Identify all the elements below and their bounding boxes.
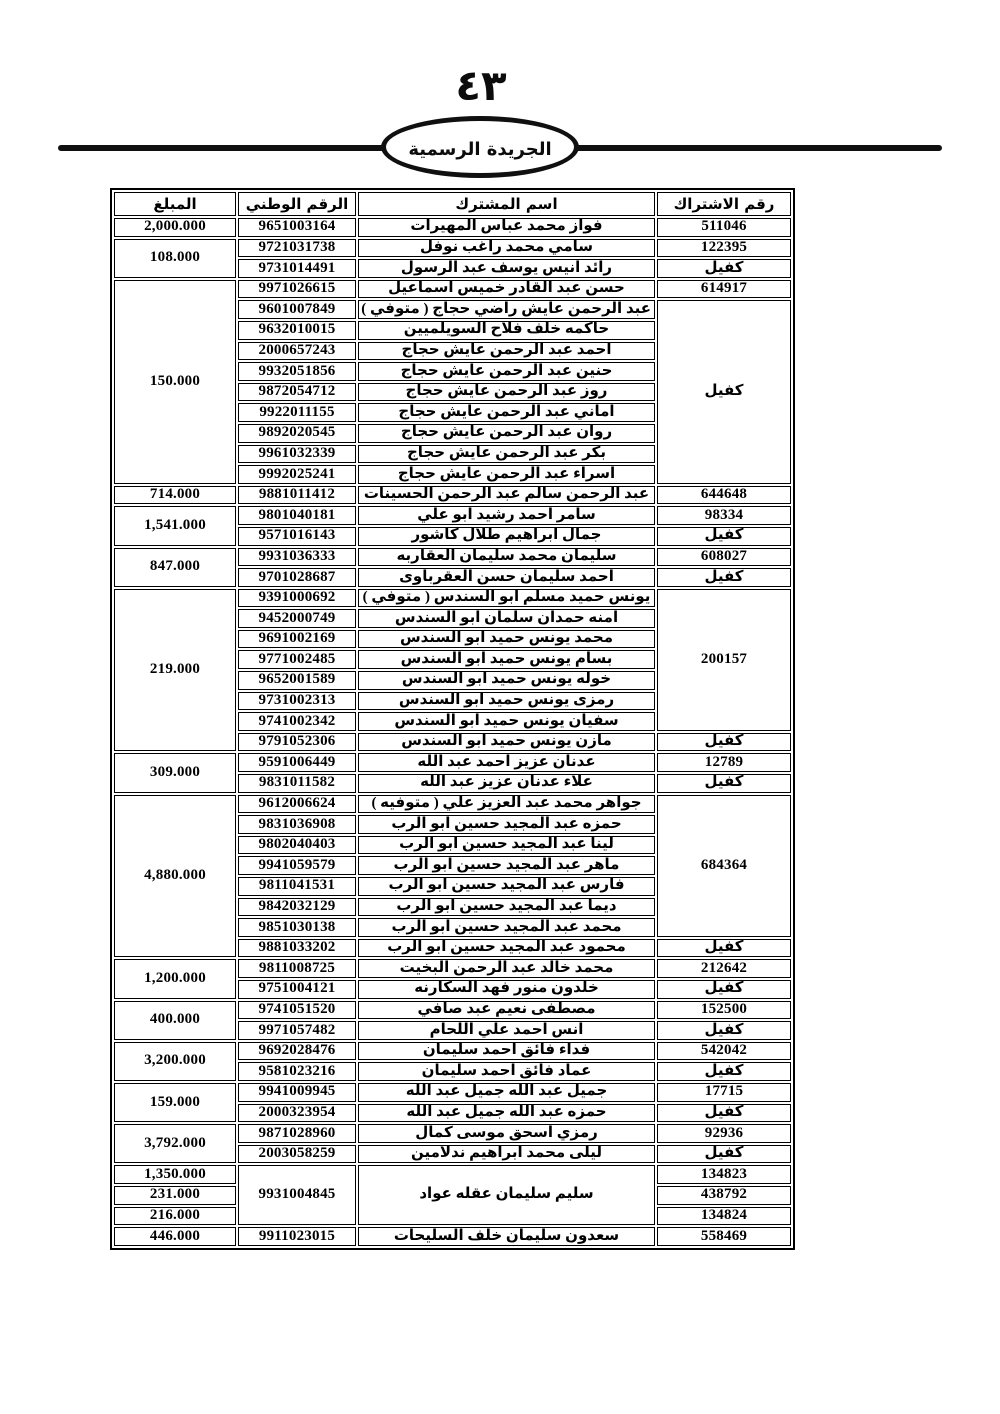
table-body: 511046فواز محمد عباس المهيرات96510031642… <box>114 218 791 1246</box>
cell-name: بكر عبد الرحمن عايش حجاج <box>358 445 655 464</box>
cell-national: 9811008725 <box>238 959 356 978</box>
cell-name: ديما عبد المجيد حسين ابو الرب <box>358 898 655 917</box>
cell-national: 9911023015 <box>238 1227 356 1246</box>
cell-national: 9871028960 <box>238 1124 356 1143</box>
cell-name: خلدون منور فهد السكارنه <box>358 980 655 999</box>
cell-name: عبد الرحمن سالم عبد الرحمن الحسينات <box>358 486 655 505</box>
cell-subscription: 12789 <box>657 753 791 772</box>
cell-name: احمد سليمان حسن العقرباوى <box>358 568 655 587</box>
cell-amount: 847.000 <box>114 548 236 587</box>
cell-name: جواهر محمد عبد العزيز علي ( متوفيه ) <box>358 795 655 814</box>
table-row: 92936رمزي اسحق موسى كمال98710289603,792.… <box>114 1124 791 1143</box>
cell-name: فواز محمد عباس المهيرات <box>358 218 655 237</box>
cell-amount: 219.000 <box>114 589 236 752</box>
table-row: 644648عبد الرحمن سالم عبد الرحمن الحسينا… <box>114 486 791 505</box>
cell-name: مازن يونس حميد ابو السندس <box>358 733 655 752</box>
cell-subscription: 200157 <box>657 589 791 731</box>
cell-subscription: كفيل <box>657 300 791 483</box>
cell-national: 9941009945 <box>238 1083 356 1102</box>
cell-national: 9632010015 <box>238 321 356 340</box>
cell-national: 9971026615 <box>238 280 356 299</box>
cell-national: 9971057482 <box>238 1021 356 1040</box>
cell-name: اماني عبد الرحمن عايش حجاج <box>358 403 655 422</box>
cell-national: 9802040403 <box>238 836 356 855</box>
cell-name: رائد انيس يوسف عبد الرسول <box>358 259 655 278</box>
cell-amount: 1,541.000 <box>114 506 236 545</box>
cell-name: سامر احمد رشيد ابو علي <box>358 506 655 525</box>
cell-name: محمود عبد المجيد حسين ابو الرب <box>358 939 655 958</box>
cell-subscription: 542042 <box>657 1042 791 1061</box>
cell-subscription: كفيل <box>657 774 791 793</box>
cell-national: 9922011155 <box>238 403 356 422</box>
cell-subscription: كفيل <box>657 939 791 958</box>
cell-subscription: 212642 <box>657 959 791 978</box>
column-header-amount: المبلغ <box>114 192 236 216</box>
cell-subscription: 98334 <box>657 506 791 525</box>
cell-national: 2000657243 <box>238 342 356 361</box>
table-row: 12789عدنان عزيز احمد عبد الله95910064493… <box>114 753 791 772</box>
cell-name: ماهر عبد المجيد حسين ابو الرب <box>358 856 655 875</box>
cell-name: اسراء عبد الرحمن عايش حجاج <box>358 465 655 484</box>
cell-national: 9581023216 <box>238 1062 356 1081</box>
cell-national: 9932051856 <box>238 362 356 381</box>
cell-name: احمد عبد الرحمن عايش حجاج <box>358 342 655 361</box>
cell-subscription: كفيل <box>657 733 791 752</box>
cell-subscription: كفيل <box>657 1145 791 1164</box>
cell-name: لينا عبد المجيد حسين ابو الرب <box>358 836 655 855</box>
cell-subscription: 122395 <box>657 239 791 258</box>
cell-subscription: كفيل <box>657 980 791 999</box>
cell-national: 9751004121 <box>238 980 356 999</box>
cell-national: 9721031738 <box>238 239 356 258</box>
cell-amount: 3,792.000 <box>114 1124 236 1163</box>
cell-subscription: 92936 <box>657 1124 791 1143</box>
cell-national: 9801040181 <box>238 506 356 525</box>
cell-name: محمد يونس حميد ابو السندس <box>358 630 655 649</box>
cell-national: 9941059579 <box>238 856 356 875</box>
column-header-national: الرقم الوطني <box>238 192 356 216</box>
cell-national: 9881033202 <box>238 939 356 958</box>
cell-national: 9452000749 <box>238 609 356 628</box>
cell-national: 9872054712 <box>238 383 356 402</box>
cell-name: سليمان محمد سليمان العقاربه <box>358 548 655 567</box>
page-number: ٤٣ <box>406 66 556 108</box>
cell-name: علاء عدنان عزيز عبد الله <box>358 774 655 793</box>
cell-national: 9692028476 <box>238 1042 356 1061</box>
cell-amount: 216.000 <box>114 1207 236 1226</box>
table-row: 511046فواز محمد عباس المهيرات96510031642… <box>114 218 791 237</box>
cell-national: 2000323954 <box>238 1104 356 1123</box>
cell-name: حنين عبد الرحمن عايش حجاج <box>358 362 655 381</box>
cell-name: فداء فائق احمد سليمان <box>358 1042 655 1061</box>
cell-name: جمال ابراهيم طلال كاشور <box>358 527 655 546</box>
cell-national: 9892020545 <box>238 424 356 443</box>
cell-national: 9961032339 <box>238 445 356 464</box>
cell-name: جميل عبد الله جميل عبد الله <box>358 1083 655 1102</box>
cell-amount: 1,200.000 <box>114 959 236 998</box>
cell-name: ليلى محمد ابراهيم ندلامين <box>358 1145 655 1164</box>
cell-subscription: 608027 <box>657 548 791 567</box>
cell-national: 9791052306 <box>238 733 356 752</box>
cell-name: حسن عبد القادر خميس اسماعيل <box>358 280 655 299</box>
table-row: 200157يونس حميد مسلم ابو السندس ( متوفي … <box>114 589 791 608</box>
cell-national: 9741002342 <box>238 712 356 731</box>
cell-national: 9842032129 <box>238 898 356 917</box>
cell-name: سامي محمد راغب نوفل <box>358 239 655 258</box>
cell-subscription: 614917 <box>657 280 791 299</box>
cell-name: محمد عبد المجيد حسين ابو الرب <box>358 918 655 937</box>
cell-subscription: كفيل <box>657 1021 791 1040</box>
column-header-subscription: رقم الاشتراك <box>657 192 791 216</box>
cell-national: 9992025241 <box>238 465 356 484</box>
cell-subscription: 152500 <box>657 1001 791 1020</box>
cell-amount: 2,000.000 <box>114 218 236 237</box>
cell-name: حاكمه خلف فلاح السويلميين <box>358 321 655 340</box>
cell-name: روز عبد الرحمن عايش حجاج <box>358 383 655 402</box>
cell-subscription: كفيل <box>657 1104 791 1123</box>
cell-national: 9571016143 <box>238 527 356 546</box>
table-row: 152500مصطفى نعيم عبد صافي9741051520400.0… <box>114 1001 791 1020</box>
cell-national: 9831011582 <box>238 774 356 793</box>
cell-amount: 446.000 <box>114 1227 236 1246</box>
cell-name: فارس عبد المجيد حسين ابو الرب <box>358 877 655 896</box>
cell-national: 9811041531 <box>238 877 356 896</box>
table-row: 122395سامي محمد راغب نوفل9721031738108.0… <box>114 239 791 258</box>
cell-amount: 309.000 <box>114 753 236 792</box>
cell-name: رمزى يونس حميد ابو السندس <box>358 692 655 711</box>
cell-subscription: 438792 <box>657 1186 791 1205</box>
cell-national: 9691002169 <box>238 630 356 649</box>
table-row: 98334سامر احمد رشيد ابو علي98010401811,5… <box>114 506 791 525</box>
table-row: 614917حسن عبد القادر خميس اسماعيل9971026… <box>114 280 791 299</box>
cell-amount: 1,350.000 <box>114 1165 236 1184</box>
cell-national: 9881011412 <box>238 486 356 505</box>
cell-name: امنه حمدان سلمان ابو السندس <box>358 609 655 628</box>
cell-name: حمزه عبد المجيد حسين ابو الرب <box>358 815 655 834</box>
cell-amount: 150.000 <box>114 280 236 484</box>
cell-national: 9391000692 <box>238 589 356 608</box>
cell-national: 9771002485 <box>238 650 356 669</box>
cell-subscription: كفيل <box>657 527 791 546</box>
cell-national: 9651003164 <box>238 218 356 237</box>
cell-subscription: 644648 <box>657 486 791 505</box>
cell-national: 9931036333 <box>238 548 356 567</box>
cell-name: انس احمد علي اللحام <box>358 1021 655 1040</box>
cell-national: 9741051520 <box>238 1001 356 1020</box>
gazette-banner: الجريدة الرسمية <box>381 116 579 178</box>
cell-subscription: 558469 <box>657 1227 791 1246</box>
cell-amount: 231.000 <box>114 1186 236 1205</box>
cell-national: 9701028687 <box>238 568 356 587</box>
header-row: رقم الاشتراكاسم المشتركالرقم الوطنيالمبل… <box>114 192 791 216</box>
table-row: 684364جواهر محمد عبد العزيز علي ( متوفيه… <box>114 795 791 814</box>
cell-subscription: كفيل <box>657 1062 791 1081</box>
subscribers-table: رقم الاشتراكاسم المشتركالرقم الوطنيالمبل… <box>110 188 795 1250</box>
cell-amount: 400.000 <box>114 1001 236 1040</box>
cell-name: سعدون سليمان خلف السليحات <box>358 1227 655 1246</box>
cell-national: 9831036908 <box>238 815 356 834</box>
table-row: 558469سعدون سليمان خلف السليحات991102301… <box>114 1227 791 1246</box>
cell-subscription: 134824 <box>657 1207 791 1226</box>
table-row: 17715جميل عبد الله جميل عبد الله99410099… <box>114 1083 791 1102</box>
table-header: رقم الاشتراكاسم المشتركالرقم الوطنيالمبل… <box>114 192 791 216</box>
cell-name: عبد الرحمن عايش راضي حجاج ( متوفي ) <box>358 300 655 319</box>
cell-name: سفيان يونس حميد ابو السندس <box>358 712 655 731</box>
cell-national: 9731014491 <box>238 259 356 278</box>
cell-name: بسام يونس حميد ابو السندس <box>358 650 655 669</box>
cell-national: 9652001589 <box>238 671 356 690</box>
column-header-name: اسم المشترك <box>358 192 655 216</box>
cell-amount: 3,200.000 <box>114 1042 236 1081</box>
cell-subscription: 17715 <box>657 1083 791 1102</box>
cell-subscription: كفيل <box>657 568 791 587</box>
cell-subscription: 684364 <box>657 795 791 937</box>
cell-national: 2003058259 <box>238 1145 356 1164</box>
cell-national: 9851030138 <box>238 918 356 937</box>
table-row: 542042فداء فائق احمد سليمان96920284763,2… <box>114 1042 791 1061</box>
table-row: 608027سليمان محمد سليمان العقاربه9931036… <box>114 548 791 567</box>
cell-name: يونس حميد مسلم ابو السندس ( متوفي ) <box>358 589 655 608</box>
cell-national: 9931004845 <box>238 1165 356 1225</box>
cell-name: سليم سليمان عقله عواد <box>358 1165 655 1225</box>
gazette-page: ٤٣ الجريدة الرسمية رقم الاشتراكاسم المشت… <box>0 0 1000 1414</box>
cell-name: محمد خالد عبد الرحمن البخيت <box>358 959 655 978</box>
table-row: 212642محمد خالد عبد الرحمن البخيت9811008… <box>114 959 791 978</box>
cell-national: 9601007849 <box>238 300 356 319</box>
cell-name: روان عبد الرحمن عايش حجاج <box>358 424 655 443</box>
cell-name: خوله يونس حميد ابو السندس <box>358 671 655 690</box>
cell-subscription: 511046 <box>657 218 791 237</box>
cell-name: رمزي اسحق موسى كمال <box>358 1124 655 1143</box>
cell-national: 9612006624 <box>238 795 356 814</box>
cell-amount: 714.000 <box>114 486 236 505</box>
cell-amount: 108.000 <box>114 239 236 278</box>
cell-national: 9591006449 <box>238 753 356 772</box>
cell-name: مصطفى نعيم عبد صافي <box>358 1001 655 1020</box>
cell-subscription: 134823 <box>657 1165 791 1184</box>
cell-amount: 4,880.000 <box>114 795 236 958</box>
cell-name: عماد فائق احمد سليمان <box>358 1062 655 1081</box>
cell-name: حمزه عبد الله جميل عبد الله <box>358 1104 655 1123</box>
cell-national: 9731002313 <box>238 692 356 711</box>
table-row: 134823سليم سليمان عقله عواد99310048451,3… <box>114 1165 791 1184</box>
cell-subscription: كفيل <box>657 259 791 278</box>
cell-name: عدنان عزيز احمد عبد الله <box>358 753 655 772</box>
gazette-title: الجريدة الرسمية <box>408 135 551 160</box>
cell-amount: 159.000 <box>114 1083 236 1122</box>
